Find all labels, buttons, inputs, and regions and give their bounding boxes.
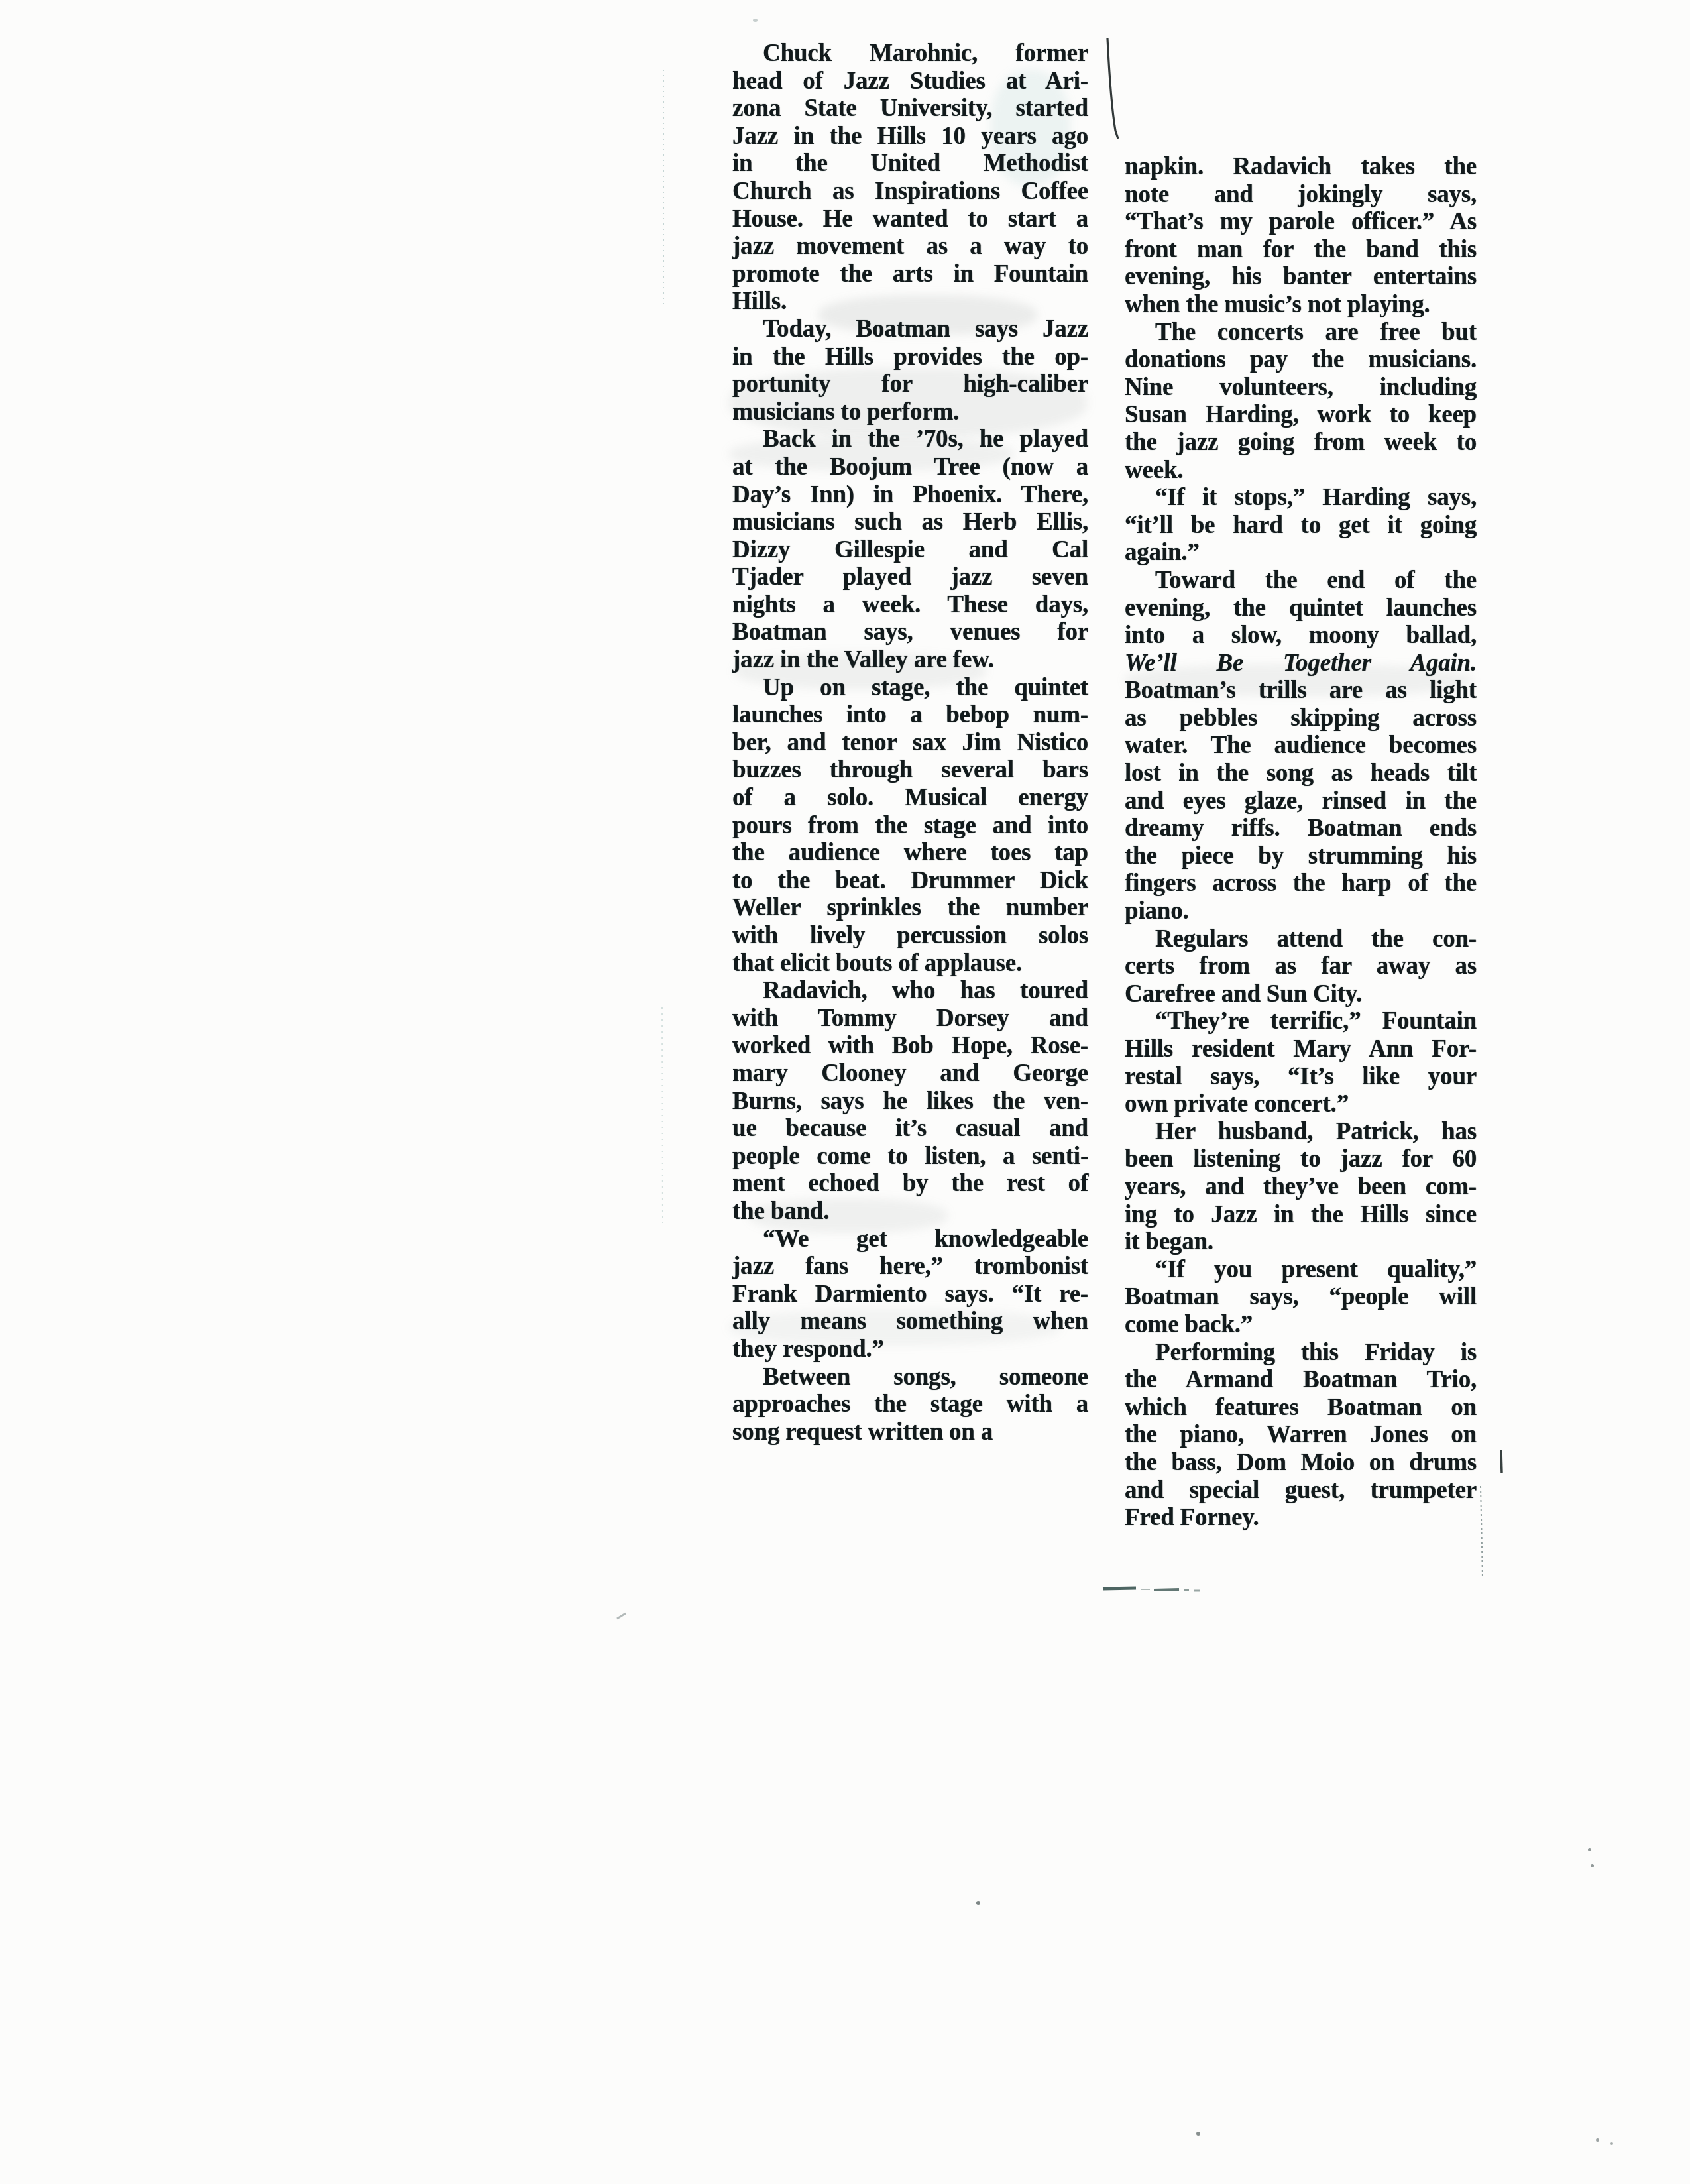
text-line: fingers across the harp of the — [1125, 870, 1477, 897]
text-line: front man for the band this — [1125, 236, 1477, 264]
bottom-dash-mark — [1103, 1588, 1200, 1591]
text-line: Between songs, someone — [732, 1363, 1088, 1391]
text-line: that elicit bouts of applause. — [732, 950, 1088, 978]
article-column-left: Chuck Marohnic, formerhead of Jazz Studi… — [732, 40, 1088, 1446]
newspaper-clipping-scan: Chuck Marohnic, formerhead of Jazz Studi… — [0, 0, 1690, 2184]
stray-pencil-tick — [617, 1613, 626, 1619]
text-line: Performing this Friday is — [1125, 1339, 1477, 1367]
text-line: ally means something when — [732, 1308, 1088, 1336]
text-line: again.” — [1125, 539, 1477, 567]
text-line: and eyes glaze, rinsed in the — [1125, 787, 1477, 815]
text-line: certs from as far away as — [1125, 952, 1477, 980]
text-line: Her husband, Patrick, has — [1125, 1118, 1477, 1146]
text-line: in the United Methodist — [732, 150, 1088, 178]
text-line: Hills. — [732, 288, 1088, 316]
scan-speck — [1591, 1864, 1594, 1867]
text-line: Susan Harding, work to keep — [1125, 401, 1477, 429]
text-line: approaches the stage with a — [732, 1391, 1088, 1418]
text-line: ue because it’s casual and — [732, 1115, 1088, 1143]
text-line: people come to listen, a senti- — [732, 1143, 1088, 1171]
text-line: the jazz going from week to — [1125, 429, 1477, 457]
text-line: been listening to jazz for 60 — [1125, 1145, 1477, 1173]
text-line: Church as Inspirations Coffee — [732, 178, 1088, 205]
text-line: Frank Darmiento says. “It re- — [732, 1281, 1088, 1308]
text-line: own private concert.” — [1125, 1090, 1477, 1118]
text-line: of a solo. Musical energy — [732, 784, 1088, 812]
text-line: Back in the ’70s, he played — [732, 426, 1088, 453]
scan-speck — [1196, 2132, 1200, 2136]
text-line: jazz in the Valley are few. — [732, 646, 1088, 674]
text-line: nights a week. These days, — [732, 591, 1088, 619]
faint-column-rule — [662, 1007, 663, 1223]
text-line: the piece by strumming his — [1125, 842, 1477, 870]
text-line: at the Boojum Tree (now a — [732, 453, 1088, 481]
text-line: years, and they’ve been com- — [1125, 1173, 1477, 1201]
text-line: Dizzy Gillespie and Cal — [732, 536, 1088, 564]
text-line: jazz movement as a way to — [732, 233, 1088, 260]
text-line: Up on stage, the quintet — [732, 674, 1088, 702]
text-line: note and jokingly says, — [1125, 181, 1477, 209]
text-line: ing to Jazz in the Hills since — [1125, 1201, 1477, 1229]
text-line: water. The audience becomes — [1125, 732, 1477, 760]
text-line: week. — [1125, 457, 1477, 485]
text-line: Carefree and Sun City. — [1125, 980, 1477, 1008]
text-line: musicians such as Herb Ellis, — [732, 508, 1088, 536]
text-line: Regulars attend the con- — [1125, 925, 1477, 953]
text-line: Today, Boatman says Jazz — [732, 316, 1088, 343]
text-line: promote the arts in Fountain — [732, 260, 1088, 288]
text-line: The concerts are free but — [1125, 319, 1477, 347]
text-line: “We get knowledgeable — [732, 1226, 1088, 1253]
text-line: piano. — [1125, 897, 1477, 925]
text-line: evening, the quintet launches — [1125, 595, 1477, 622]
text-line: and special guest, trumpeter — [1125, 1477, 1477, 1505]
text-line: Chuck Marohnic, former — [732, 40, 1088, 68]
text-line: they respond.” — [732, 1336, 1088, 1363]
text-line: in the Hills provides the op- — [732, 343, 1088, 371]
text-line: ment echoed by the rest of — [732, 1170, 1088, 1198]
text-line: dreamy riffs. Boatman ends — [1125, 815, 1477, 842]
text-line: portunity for high-caliber — [732, 371, 1088, 398]
text-line: Toward the end of the — [1125, 567, 1477, 595]
text-line: Weller sprinkles the number — [732, 894, 1088, 922]
scan-speck — [1588, 1848, 1591, 1851]
text-line: “They’re terrific,” Fountain — [1125, 1007, 1477, 1035]
text-line: donations pay the musicians. — [1125, 346, 1477, 374]
scan-speck — [976, 1901, 980, 1905]
text-line: it began. — [1125, 1228, 1477, 1256]
text-line: buzzes through several bars — [732, 756, 1088, 784]
text-line: Boatman says, venues for — [732, 618, 1088, 646]
text-line: Day’s Inn) in Phoenix. There, — [732, 481, 1088, 509]
text-line: Burns, says he likes the ven- — [732, 1088, 1088, 1116]
text-line: Boatman says, “people will — [1125, 1283, 1477, 1311]
text-line: with lively percussion solos — [732, 922, 1088, 950]
text-line: musicians to perform. — [732, 398, 1088, 426]
dotted-vertical-line — [1481, 1486, 1483, 1578]
text-line: pours from the stage and into — [732, 812, 1088, 840]
text-line: with Tommy Dorsey and — [732, 1005, 1088, 1033]
text-line: come back.” — [1125, 1311, 1477, 1339]
scan-speck — [1596, 2138, 1599, 2142]
text-line: “it’ll be hard to get it going — [1125, 512, 1477, 540]
text-line: head of Jazz Studies at Ari- — [732, 68, 1088, 95]
text-line: ber, and tenor sax Jim Nistico — [732, 729, 1088, 757]
scan-speck — [753, 19, 758, 22]
text-line: Boatman’s trills are as light — [1125, 677, 1477, 705]
text-line: “If it stops,” Harding says, — [1125, 484, 1477, 512]
text-line: to the beat. Drummer Dick — [732, 867, 1088, 895]
text-line: napkin. Radavich takes the — [1125, 153, 1477, 181]
text-line: lost in the song as heads tilt — [1125, 760, 1477, 787]
text-line: Nine volunteers, including — [1125, 374, 1477, 402]
text-line: Fred Forney. — [1125, 1504, 1477, 1532]
text-line: We’ll Be Together Again. — [1125, 650, 1477, 677]
text-line: zona State University, started — [732, 95, 1088, 123]
text-line: song request written on a — [732, 1418, 1088, 1446]
stray-vertical-tick — [1501, 1450, 1502, 1473]
text-line: into a slow, moony ballad, — [1125, 622, 1477, 650]
text-line: Radavich, who has toured — [732, 977, 1088, 1005]
text-line: the piano, Warren Jones on — [1125, 1421, 1477, 1449]
text-line: which features Boatman on — [1125, 1394, 1477, 1422]
text-line: worked with Bob Hope, Rose- — [732, 1032, 1088, 1060]
text-line: when the music’s not playing. — [1125, 291, 1477, 319]
pen-slash-mark — [1107, 38, 1118, 139]
text-line: jazz fans here,” trombonist — [732, 1253, 1088, 1281]
text-line: launches into a bebop num- — [732, 701, 1088, 729]
text-line: as pebbles skipping across — [1125, 705, 1477, 732]
text-line: “If you present quality,” — [1125, 1256, 1477, 1284]
text-line: the bass, Dom Moio on drums — [1125, 1449, 1477, 1477]
text-line: Jazz in the Hills 10 years ago — [732, 123, 1088, 150]
scan-speck — [1610, 2142, 1613, 2145]
text-line: the Armand Boatman Trio, — [1125, 1366, 1477, 1394]
text-line: the band. — [732, 1198, 1088, 1226]
text-line: Tjader played jazz seven — [732, 563, 1088, 591]
text-line: the audience where toes tap — [732, 839, 1088, 867]
article-column-right: napkin. Radavich takes thenote and jokin… — [1125, 153, 1477, 1532]
text-line: “That’s my parole officer.” As — [1125, 208, 1477, 236]
text-line: House. He wanted to start a — [732, 205, 1088, 233]
text-line: mary Clooney and George — [732, 1060, 1088, 1088]
text-line: restal says, “It’s like your — [1125, 1063, 1477, 1091]
text-line: evening, his banter entertains — [1125, 263, 1477, 291]
text-line: Hills resident Mary Ann For- — [1125, 1035, 1477, 1063]
